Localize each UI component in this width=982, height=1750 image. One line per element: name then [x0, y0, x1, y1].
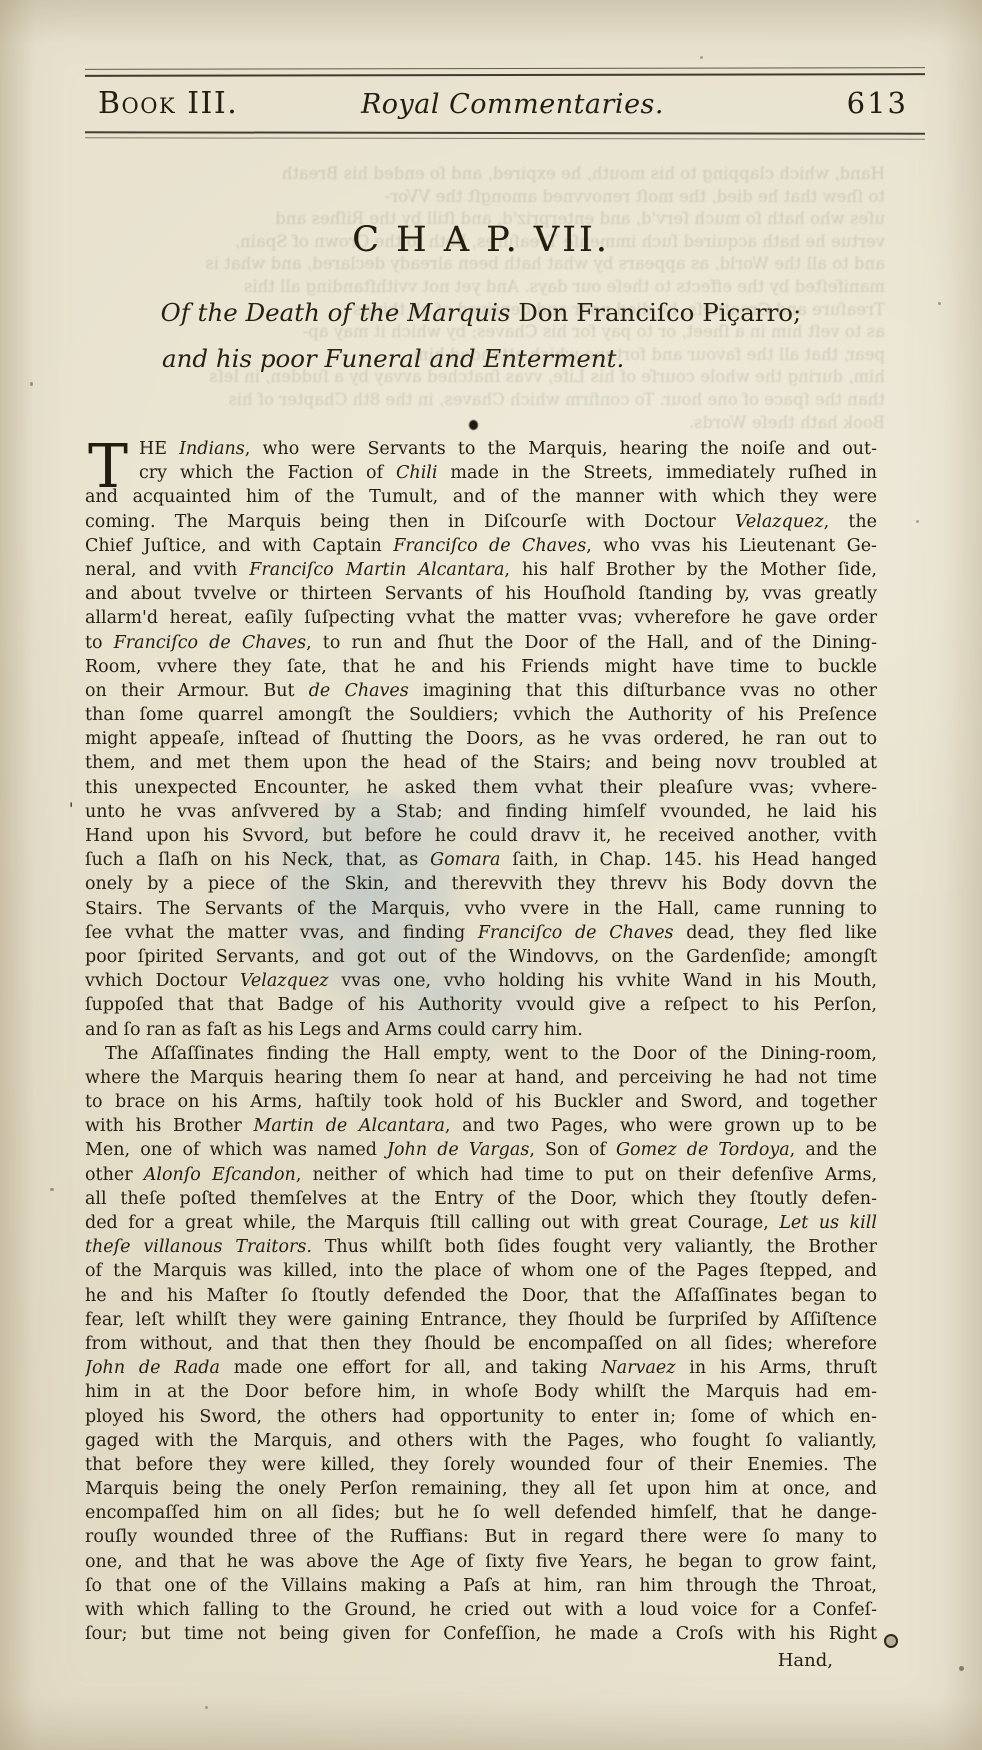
text-line: gaged with the Marquis, and others with …: [85, 1429, 877, 1453]
text-run: with which falling to the Ground, he cri…: [85, 1600, 877, 1620]
showthrough-line: Book hath theſe Words.: [85, 412, 885, 435]
text-line: and ſo ran as faſt as his Legs and Arms …: [85, 1018, 877, 1042]
ink-speck: [884, 1634, 898, 1648]
text-run: , who were Servants to the Marquis, hear…: [245, 439, 877, 459]
italic-text-run: Indians: [179, 439, 245, 459]
ink-speck: [205, 1706, 208, 1709]
italic-text-run: Franciſco de Chaves: [114, 633, 306, 653]
text-run: ployed his Sword, the others had opportu…: [85, 1407, 877, 1427]
header-rule-bottom: [85, 131, 925, 139]
text-run: cry which the Faction of: [139, 463, 396, 483]
italic-text-run: Of the Death of the Marquis: [161, 298, 519, 327]
header-rule-top: [85, 67, 925, 77]
text-run: all theſe poſted themſelves at the Entry…: [85, 1189, 877, 1209]
text-run: made in the Streets, immediately ruſhed …: [437, 463, 877, 483]
text-line: theſe villanous Traitors. Thus whilſt bo…: [85, 1235, 877, 1259]
text-run: other: [85, 1165, 144, 1185]
text-run: coming. The Marquis being then in Diſcou…: [85, 512, 735, 532]
text-line: cry which the Faction of Chili made in t…: [85, 461, 877, 485]
text-run: fear, leſt whilſt they were gaining Entr…: [85, 1310, 877, 1330]
text-run: than ſome quarrel amongſt the Souldiers;…: [85, 705, 877, 725]
italic-text-run: Narvaez: [601, 1358, 675, 1378]
catchword: Hand,: [85, 1650, 833, 1671]
italic-text-run: theſe villanous Traitors.: [85, 1237, 312, 1257]
text-line: he and his Maſter ſo ſtoutly defended th…: [85, 1284, 877, 1308]
text-run: ſaith, in Chap. 145. his Head hanged: [500, 850, 877, 870]
text-run: , the: [824, 512, 877, 532]
ink-speck: [50, 1188, 54, 1191]
text-run: Thus whilſt both ſides fought very valia…: [312, 1237, 877, 1257]
text-line: to Franciſco de Chaves, to run and ſhut …: [85, 631, 877, 655]
text-line: ſour; but time not being given for Confe…: [85, 1622, 877, 1646]
text-line: John de Rada made one effort for all, an…: [85, 1356, 877, 1380]
text-run: Room, vvhere they ſate, that he and his …: [85, 657, 877, 677]
text-line: one, and that he was above the Age of ſi…: [85, 1550, 877, 1574]
text-run: , who vvas his Lieutenant Ge-: [586, 536, 877, 556]
text-line: that before they were killed, they ſorel…: [85, 1453, 877, 1477]
italic-text-run: Gomara: [430, 850, 500, 870]
italic-text-run: Gomez de Tordoya: [616, 1140, 790, 1160]
text-run: ſee vvhat the matter vvas, and finding: [85, 923, 478, 943]
text-line: might appeaſe, inſtead of ſhutting the D…: [85, 727, 877, 751]
text-run: rouſly wounded three of the Ruffians: Bu…: [85, 1527, 877, 1547]
text-run: of the Marquis was killed, into the plac…: [85, 1261, 877, 1281]
text-line: ſuch a ſlaſh on his Neck, that, as Gomar…: [85, 848, 877, 872]
text-run: Men, one of which was named: [85, 1140, 387, 1160]
text-line: Marquis being the onely Perſon remaining…: [85, 1477, 877, 1501]
italic-text-run: Alonſo Eſcandon: [144, 1165, 296, 1185]
text-line: ployed his Sword, the others had opportu…: [85, 1405, 877, 1429]
text-run: The Aſſaſſinates finding the Hall empty,…: [105, 1044, 877, 1064]
text-line: Chief Juſtice, and with Captain Franciſc…: [85, 534, 877, 558]
text-run: from without, and that then they ſhould …: [85, 1334, 877, 1354]
text-run: him in at the Door before him, in whoſe …: [85, 1382, 877, 1402]
text-run: , to run and ſhut the Door of the Hall, …: [306, 633, 877, 653]
text-run: on their Armour. But: [85, 681, 309, 701]
text-line: unto he vvas anſvvered by a Stab; and fi…: [85, 800, 877, 824]
text-run: vvhich Doctour: [85, 971, 240, 991]
ink-speck: [959, 1666, 964, 1671]
text-line: other Alonſo Eſcandon, neither of which …: [85, 1163, 877, 1187]
text-line: vvhich Doctour Velazquez vvas one, vvho …: [85, 969, 877, 993]
text-run: might appeaſe, inſtead of ſhutting the D…: [85, 729, 877, 749]
text-line: than ſome quarrel amongſt the Souldiers;…: [85, 703, 877, 727]
text-run: with his Brother: [85, 1116, 253, 1136]
ink-speck: [30, 382, 33, 386]
body-text: HE Indians, who were Servants to the Mar…: [85, 437, 877, 1646]
text-run: Hand upon his Svvord, but before he coul…: [85, 826, 877, 846]
text-line: poor ſpirited Servants, and got out of t…: [85, 945, 877, 969]
ink-speck: [916, 520, 919, 523]
text-run: onely by a piece of the Skin, and therev…: [85, 874, 877, 894]
text-line: HE Indians, who were Servants to the Mar…: [85, 437, 877, 461]
book-page: Hand, which clapping to his mouth, he ex…: [0, 0, 982, 1750]
text-run: Chief Juſtice, and with Captain: [85, 536, 393, 556]
chapter-subtitle-line1: Of the Death of the Marquis Don Franciſc…: [85, 298, 877, 327]
text-run: where the Marquis hearing them ſo near a…: [85, 1068, 877, 1088]
text-run: Don Franciſco Piçarro;: [518, 298, 801, 327]
text-run: , and two Pages, who were grown up to be: [445, 1116, 877, 1136]
text-line: coming. The Marquis being then in Diſcou…: [85, 510, 877, 534]
italic-text-run: Let us kill: [779, 1213, 877, 1233]
italic-text-run: Franciſco de Chaves: [478, 923, 674, 943]
running-title: Royal Commentaries.: [361, 89, 664, 120]
italic-text-run: Franciſco Martin Alcantara: [249, 560, 504, 580]
chapter-subtitle-line2: and his poor Funeral and Enterment.: [162, 344, 624, 373]
text-run: to brace on his Arms, haſtily took hold …: [85, 1092, 877, 1112]
ink-speck: [938, 302, 941, 305]
text-run: Stairs. The Servants of the Marquis, vvh…: [85, 899, 877, 919]
text-line: ſuppoſed that that Badge of his Authorit…: [85, 993, 877, 1017]
italic-text-run: Martin de Alcantara: [253, 1116, 444, 1136]
text-line: fear, leſt whilſt they were gaining Entr…: [85, 1308, 877, 1332]
text-line: Room, vvhere they ſate, that he and his …: [85, 655, 877, 679]
text-run: and about tvvelve or thirteen Servants o…: [85, 584, 877, 604]
text-line: on their Armour. But de Chaves imagining…: [85, 679, 877, 703]
text-run: unto he vvas anſvvered by a Stab; and fi…: [85, 802, 877, 822]
text-run: that before they were killed, they ſorel…: [85, 1455, 877, 1475]
showthrough-line: than the ſpace of one hour. To confirm w…: [85, 389, 885, 412]
text-run: he and his Maſter ſo ſtoutly defended th…: [85, 1286, 877, 1306]
text-line: them, and met them upon the head of the …: [85, 751, 877, 775]
text-run: and acquainted him of the Tumult, and of…: [85, 487, 877, 507]
italic-text-run: Chili: [396, 463, 437, 483]
text-line: him in at the Door before him, in whoſe …: [85, 1380, 877, 1404]
text-run: neral, and vvith: [85, 560, 249, 580]
text-run: to: [85, 633, 114, 653]
text-line: to brace on his Arms, haſtily took hold …: [85, 1090, 877, 1114]
page-number: 613: [847, 86, 908, 120]
text-line: Hand upon his Svvord, but before he coul…: [85, 824, 877, 848]
text-run: ſuch a ſlaſh on his Neck, that, as: [85, 850, 430, 870]
text-line: of the Marquis was killed, into the plac…: [85, 1259, 877, 1283]
text-run: ſour; but time not being given for Confe…: [85, 1624, 877, 1644]
text-run: vvas one, vvho holding his vvhite Wand i…: [329, 971, 877, 991]
text-run: one, and that he was above the Age of ſi…: [85, 1552, 877, 1572]
text-line: The Aſſaſſinates finding the Hall empty,…: [85, 1042, 877, 1066]
text-line: ſee vvhat the matter vvas, and finding F…: [85, 921, 877, 945]
text-line: Stairs. The Servants of the Marquis, vvh…: [85, 897, 877, 921]
showthrough-line: manifeſted by the effects to theſe our d…: [85, 276, 885, 299]
text-run: gaged with the Marquis, and others with …: [85, 1431, 877, 1451]
text-line: ſo that one of the Villains making a Paſ…: [85, 1574, 877, 1598]
chapter-heading: C H A P. VII.: [85, 220, 877, 260]
margin-mark: ': [69, 799, 73, 818]
text-run: this unexpected Encounter, he asked them…: [85, 778, 877, 798]
italic-text-run: Velazquez: [735, 512, 824, 532]
text-line: Men, one of which was named John de Varg…: [85, 1138, 877, 1162]
text-run: in his Arms, thruſt: [675, 1358, 877, 1378]
text-run: made one effort for all, and taking: [220, 1358, 602, 1378]
text-line: encompaſſed him on all ſides; but he ſo …: [85, 1501, 877, 1525]
text-run: ſo that one of the Villains making a Paſ…: [85, 1576, 877, 1596]
italic-text-run: John de Vargas: [387, 1140, 529, 1160]
running-header: Book III. Royal Commentaries. 613: [98, 86, 908, 121]
text-line: all theſe poſted themſelves at the Entry…: [85, 1187, 877, 1211]
text-run: HE: [139, 439, 179, 459]
text-line: neral, and vvith Franciſco Martin Alcant…: [85, 558, 877, 582]
italic-text-run: John de Rada: [85, 1358, 220, 1378]
ink-speck: [700, 56, 703, 59]
text-line: where the Marquis hearing them ſo near a…: [85, 1066, 877, 1090]
text-run: , and the: [790, 1140, 877, 1160]
text-run: dead, they fled like: [674, 923, 877, 943]
text-line: with which falling to the Ground, he cri…: [85, 1598, 877, 1622]
text-run: ded for a great while, the Marquis ſtill…: [85, 1213, 779, 1233]
showthrough-line: Hand, which clapping to his mouth, he ex…: [85, 163, 885, 186]
italic-text-run: de Chaves: [309, 681, 409, 701]
text-run: ſuppoſed that that Badge of his Authorit…: [85, 995, 877, 1015]
text-run: and ſo ran as faſt as his Legs and Arms …: [85, 1020, 583, 1040]
text-run: , neither of which had time to put on th…: [296, 1165, 877, 1185]
text-run: Marquis being the onely Perſon remaining…: [85, 1479, 877, 1499]
text-run: , Son of: [529, 1140, 616, 1160]
book-number: Book III.: [98, 86, 238, 121]
text-run: poor ſpirited Servants, and got out of t…: [85, 947, 877, 967]
ink-blot: [469, 420, 478, 430]
text-run: imagining that this diſturbance vvas no …: [409, 681, 877, 701]
text-line: and acquainted him of the Tumult, and of…: [85, 485, 877, 509]
text-run: , his half Brother by the Mother ſide,: [504, 560, 877, 580]
text-line: onely by a piece of the Skin, and therev…: [85, 872, 877, 896]
text-run: encompaſſed him on all ſides; but he ſo …: [85, 1503, 877, 1523]
text-run: them, and met them upon the head of the …: [85, 753, 877, 773]
italic-text-run: Velazquez: [240, 971, 329, 991]
text-line: allarm'd hereat, eaſily ſuſpecting vvhat…: [85, 606, 877, 630]
text-run: allarm'd hereat, eaſily ſuſpecting vvhat…: [85, 608, 877, 628]
showthrough-line: to ſhew that he died, the moſt renovvned…: [85, 186, 885, 209]
text-line: rouſly wounded three of the Ruffians: Bu…: [85, 1525, 877, 1549]
text-line: this unexpected Encounter, he asked them…: [85, 776, 877, 800]
text-line: with his Brother Martin de Alcantara, an…: [85, 1114, 877, 1138]
text-line: from without, and that then they ſhould …: [85, 1332, 877, 1356]
text-line: and about tvvelve or thirteen Servants o…: [85, 582, 877, 606]
italic-text-run: Franciſco de Chaves: [393, 536, 586, 556]
text-line: ded for a great while, the Marquis ſtill…: [85, 1211, 877, 1235]
